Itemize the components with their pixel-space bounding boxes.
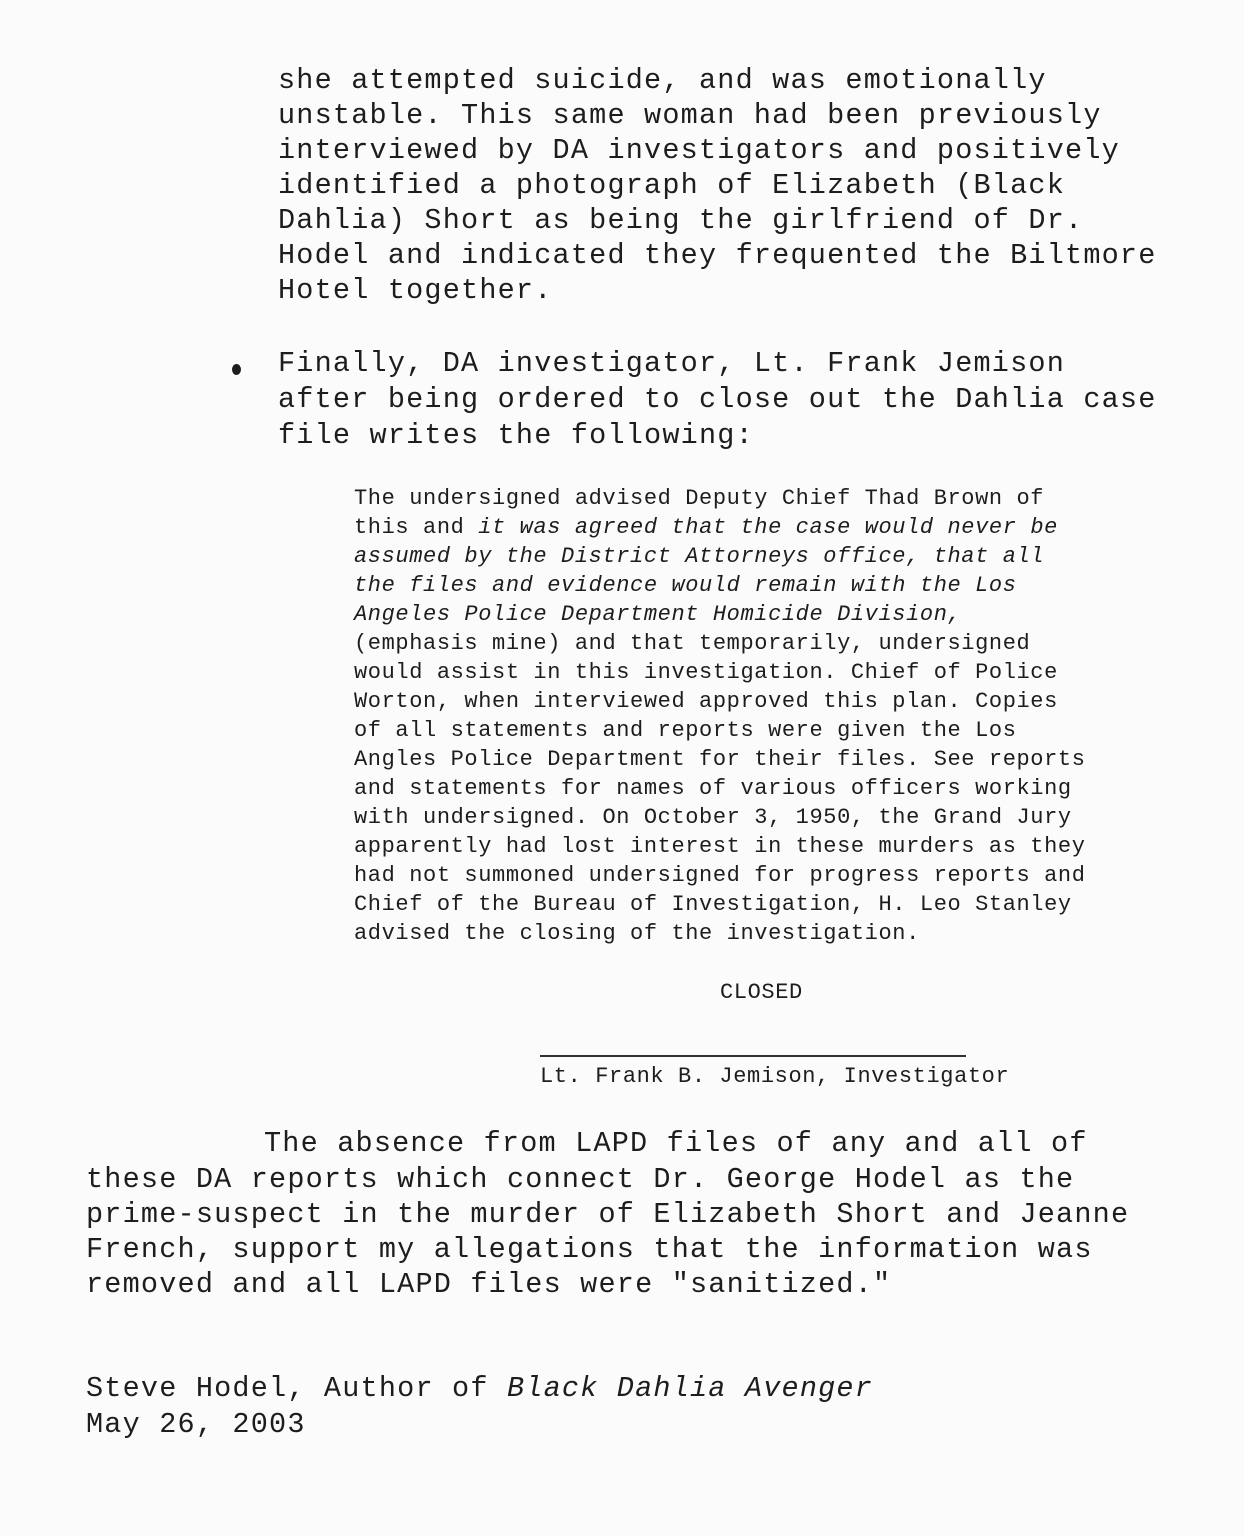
text-line: Dahlia) Short as being the girlfriend of… <box>278 204 1083 237</box>
text-line: she attempted suicide, and was emotional… <box>278 64 1047 97</box>
quote-emphasis-line: Angeles Police Department Homicide Divis… <box>354 602 961 627</box>
text-line: The absence from LAPD files of any and a… <box>264 1127 1088 1160</box>
quote-line: The undersigned advised Deputy Chief Tha… <box>354 486 1044 511</box>
text-line: prime-suspect in the murder of Elizabeth… <box>86 1198 1129 1231</box>
quote-emphasis: it was agreed that the case would never … <box>478 515 1058 540</box>
author-line: Steve Hodel, Author of Black Dahlia Aven… <box>86 1372 873 1405</box>
quote-line: Worton, when interviewed approved this p… <box>354 689 1058 714</box>
quote-line: would assist in this investigation. Chie… <box>354 660 1058 685</box>
text-line: identified a photograph of Elizabeth (Bl… <box>278 169 1065 202</box>
quote-line: had not summoned undersigned for progres… <box>354 863 1086 888</box>
bullet-icon <box>232 364 241 375</box>
quote-line: Angles Police Department for their files… <box>354 747 1086 772</box>
quote-line: advised the closing of the investigation… <box>354 921 920 946</box>
text-line: Hodel and indicated they frequented the … <box>278 239 1157 272</box>
text-line: interviewed by DA investigators and posi… <box>278 134 1120 167</box>
text-line: file writes the following: <box>278 419 754 452</box>
quote-line: apparently had lost interest in these mu… <box>354 834 1086 859</box>
quote-emphasis-line: assumed by the District Attorneys office… <box>354 544 1044 569</box>
author-name: Steve Hodel, Author of <box>86 1372 507 1405</box>
text-line: French, support my allegations that the … <box>86 1233 1093 1266</box>
quote-line: of all statements and reports were given… <box>354 718 1017 743</box>
signature-line <box>540 1055 966 1057</box>
text-line: removed and all LAPD files were "sanitiz… <box>86 1268 891 1301</box>
quote-text: this and <box>354 515 478 540</box>
text-line: after being ordered to close out the Dah… <box>278 383 1157 416</box>
author-date: May 26, 2003 <box>86 1408 306 1441</box>
quote-line: with undersigned. On October 3, 1950, th… <box>354 805 1072 830</box>
quote-line: (emphasis mine) and that temporarily, un… <box>354 631 1030 656</box>
text-line: unstable. This same woman had been previ… <box>278 99 1102 132</box>
quote-line: and statements for names of various offi… <box>354 776 1072 801</box>
book-title: Black Dahlia Avenger <box>507 1372 873 1405</box>
text-line: Hotel together. <box>278 274 553 307</box>
quote-emphasis-line: the files and evidence would remain with… <box>354 573 1017 598</box>
closed-stamp: CLOSED <box>720 980 803 1005</box>
quote-line: Chief of the Bureau of Investigation, H.… <box>354 892 1072 917</box>
quote-line: this and it was agreed that the case wou… <box>354 515 1058 540</box>
signature-name: Lt. Frank B. Jemison, Investigator <box>540 1064 1009 1089</box>
text-line: these DA reports which connect Dr. Georg… <box>86 1163 1074 1196</box>
text-line: Finally, DA investigator, Lt. Frank Jemi… <box>278 347 1065 380</box>
